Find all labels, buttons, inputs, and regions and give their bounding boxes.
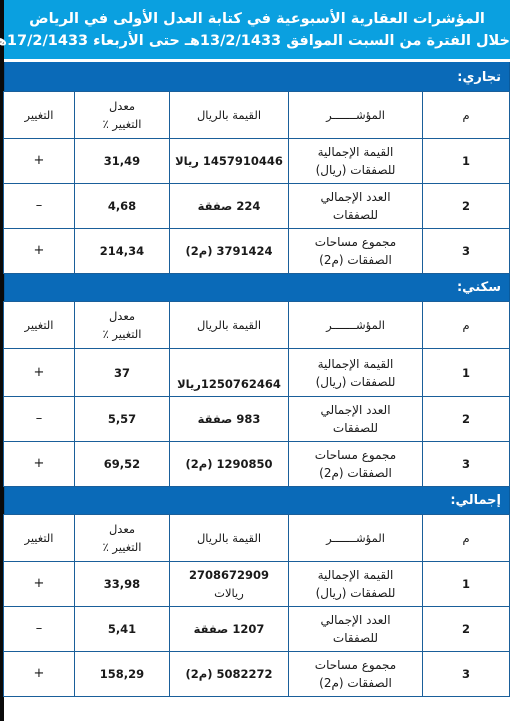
table-row: 2 العدد الإجماليللصفقات 983 صفقة 5,57 –	[4, 397, 510, 442]
indicator-line-2: الصفقات (م2)	[291, 464, 420, 482]
cell-indicator: القيمة الإجماليةللصفقات (ريال)	[289, 349, 423, 397]
table-row: 3 مجموع مساحاتالصفقات (م2) 1290850 (م2) …	[4, 442, 510, 487]
cell-index: 1	[423, 139, 510, 184]
value-line-2: ريالات	[172, 584, 286, 602]
cell-change: +	[4, 442, 75, 487]
cell-rate: 31,49	[75, 139, 170, 184]
col-header-value: القيمة بالريال	[170, 302, 289, 349]
cell-rate: 158,29	[75, 652, 170, 697]
col-header-change: التغيير	[4, 92, 75, 139]
cell-rate: 5,57	[75, 397, 170, 442]
indicator-line-1: مجموع مساحات	[291, 656, 420, 674]
indicator-line-2: للصفقات (ريال)	[291, 584, 420, 602]
cell-change: +	[4, 562, 75, 607]
col-header-rate: معدلالتغيير ٪	[75, 92, 170, 139]
table-row: 1 القيمة الإجماليةللصفقات (ريال) 1250762…	[4, 349, 510, 397]
title-line-2: خلال الفترة من السبت الموافق 13/2/1433هـ…	[4, 30, 510, 52]
col-header-indicator: المؤشـــــــر	[289, 515, 423, 562]
cell-index: 3	[423, 229, 510, 274]
cell-index: 1	[423, 349, 510, 397]
table-row: 3 مجموع مساحاتالصفقات (م2) 3791424 (م2) …	[4, 229, 510, 274]
cell-value: 983 صفقة	[170, 397, 289, 442]
rate-label-1: معدل	[77, 97, 167, 115]
table-header-row: م المؤشـــــــر القيمة بالريال معدلالتغي…	[4, 515, 510, 562]
indicator-line-2: للصفقات	[291, 419, 420, 437]
cell-index: 3	[423, 652, 510, 697]
cell-value: 3791424 (م2)	[170, 229, 289, 274]
col-header-change: التغيير	[4, 515, 75, 562]
cell-rate: 214,34	[75, 229, 170, 274]
indicator-line-1: العدد الإجمالي	[291, 611, 420, 629]
cell-index: 2	[423, 397, 510, 442]
indicator-line-1: العدد الإجمالي	[291, 188, 420, 206]
cell-change: +	[4, 652, 75, 697]
value-line-1: 3791424 (م2)	[172, 242, 286, 260]
table-row: 2 العدد الإجماليللصفقات 1207 صفقة 5,41 –	[4, 607, 510, 652]
col-header-change: التغيير	[4, 302, 75, 349]
indicator-line-1: القيمة الإجمالية	[291, 143, 420, 161]
cell-index: 2	[423, 607, 510, 652]
cell-indicator: مجموع مساحاتالصفقات (م2)	[289, 652, 423, 697]
indicator-line-1: القيمة الإجمالية	[291, 566, 420, 584]
indicator-line-2: الصفقات (م2)	[291, 674, 420, 692]
value-line-1: 224 صفقة	[172, 197, 286, 215]
col-header-value: القيمة بالريال	[170, 515, 289, 562]
col-header-index: م	[423, 302, 510, 349]
table-row: 1 القيمة الإجماليةللصفقات (ريال) 2708672…	[4, 562, 510, 607]
cell-change: +	[4, 349, 75, 397]
cell-value: 224 صفقة	[170, 184, 289, 229]
cell-change: +	[4, 229, 75, 274]
cell-indicator: القيمة الإجماليةللصفقات (ريال)	[289, 139, 423, 184]
cell-indicator: القيمة الإجماليةللصفقات (ريال)	[289, 562, 423, 607]
indicator-line-2: للصفقات	[291, 206, 420, 224]
table-header-row: م المؤشـــــــر القيمة بالريال معدلالتغي…	[4, 302, 510, 349]
col-header-indicator: المؤشـــــــر	[289, 92, 423, 139]
indicator-line-2: للصفقات (ريال)	[291, 161, 420, 179]
col-header-index: م	[423, 92, 510, 139]
indicators-document: المؤشرات العقارية الأسبوعية في كتابة الع…	[4, 0, 510, 697]
cell-change: –	[4, 184, 75, 229]
cell-rate: 33,98	[75, 562, 170, 607]
cell-value: 2708672909ريالات	[170, 562, 289, 607]
cell-index: 3	[423, 442, 510, 487]
cell-value: 1250762464ريالا	[170, 349, 289, 397]
indicator-line-2: للصفقات	[291, 629, 420, 647]
cell-indicator: العدد الإجماليللصفقات	[289, 184, 423, 229]
cell-change: –	[4, 607, 75, 652]
table-residential: م المؤشـــــــر القيمة بالريال معدلالتغي…	[3, 301, 510, 487]
value-line-1: 2708672909	[172, 566, 286, 584]
table-total: م المؤشـــــــر القيمة بالريال معدلالتغي…	[3, 514, 510, 697]
title-banner: المؤشرات العقارية الأسبوعية في كتابة الع…	[4, 0, 510, 59]
table-commercial: م المؤشـــــــر القيمة بالريال معدلالتغي…	[3, 91, 510, 274]
cell-rate: 69,52	[75, 442, 170, 487]
col-header-index: م	[423, 515, 510, 562]
value-line-1: 1207 صفقة	[172, 620, 286, 638]
value-line-1: 1457910446 ريالا	[172, 152, 286, 170]
cell-change: +	[4, 139, 75, 184]
rate-label-1: معدل	[77, 520, 167, 538]
cell-value: 5082272 (م2)	[170, 652, 289, 697]
cell-rate: 37	[75, 349, 170, 397]
col-header-rate: معدلالتغيير ٪	[75, 302, 170, 349]
table-row: 2 العدد الإجماليللصفقات 224 صفقة 4,68 –	[4, 184, 510, 229]
col-header-rate: معدلالتغيير ٪	[75, 515, 170, 562]
cell-indicator: مجموع مساحاتالصفقات (م2)	[289, 442, 423, 487]
value-line-1: 1290850 (م2)	[172, 455, 286, 473]
rate-label-2: التغيير ٪	[77, 538, 167, 556]
cell-rate: 5,41	[75, 607, 170, 652]
value-line-2: 1250762464ريالا	[172, 375, 286, 393]
cell-value: 1457910446 ريالا	[170, 139, 289, 184]
section-header-commercial: تجاري:	[4, 62, 510, 91]
rate-label-1: معدل	[77, 307, 167, 325]
cell-indicator: مجموع مساحاتالصفقات (م2)	[289, 229, 423, 274]
cell-value: 1290850 (م2)	[170, 442, 289, 487]
table-header-row: م المؤشـــــــر القيمة بالريال معدلالتغي…	[4, 92, 510, 139]
value-line-1: 5082272 (م2)	[172, 665, 286, 683]
cell-change: –	[4, 397, 75, 442]
cell-indicator: العدد الإجماليللصفقات	[289, 607, 423, 652]
indicator-line-2: للصفقات (ريال)	[291, 373, 420, 391]
col-header-value: القيمة بالريال	[170, 92, 289, 139]
indicator-line-1: مجموع مساحات	[291, 446, 420, 464]
table-row: 1 القيمة الإجماليةللصفقات (ريال) 1457910…	[4, 139, 510, 184]
title-line-1: المؤشرات العقارية الأسبوعية في كتابة الع…	[4, 8, 510, 30]
value-line-1: 983 صفقة	[172, 410, 286, 428]
section-header-total: إجمالي:	[4, 487, 510, 514]
cell-indicator: العدد الإجماليللصفقات	[289, 397, 423, 442]
section-header-residential: سكني:	[4, 274, 510, 301]
rate-label-2: التغيير ٪	[77, 325, 167, 343]
table-row: 3 مجموع مساحاتالصفقات (م2) 5082272 (م2) …	[4, 652, 510, 697]
indicator-line-1: العدد الإجمالي	[291, 401, 420, 419]
indicator-line-2: الصفقات (م2)	[291, 251, 420, 269]
cell-index: 1	[423, 562, 510, 607]
indicator-line-1: مجموع مساحات	[291, 233, 420, 251]
cell-rate: 4,68	[75, 184, 170, 229]
cell-index: 2	[423, 184, 510, 229]
rate-label-2: التغيير ٪	[77, 115, 167, 133]
cell-value: 1207 صفقة	[170, 607, 289, 652]
indicator-line-1: القيمة الإجمالية	[291, 355, 420, 373]
col-header-indicator: المؤشـــــــر	[289, 302, 423, 349]
